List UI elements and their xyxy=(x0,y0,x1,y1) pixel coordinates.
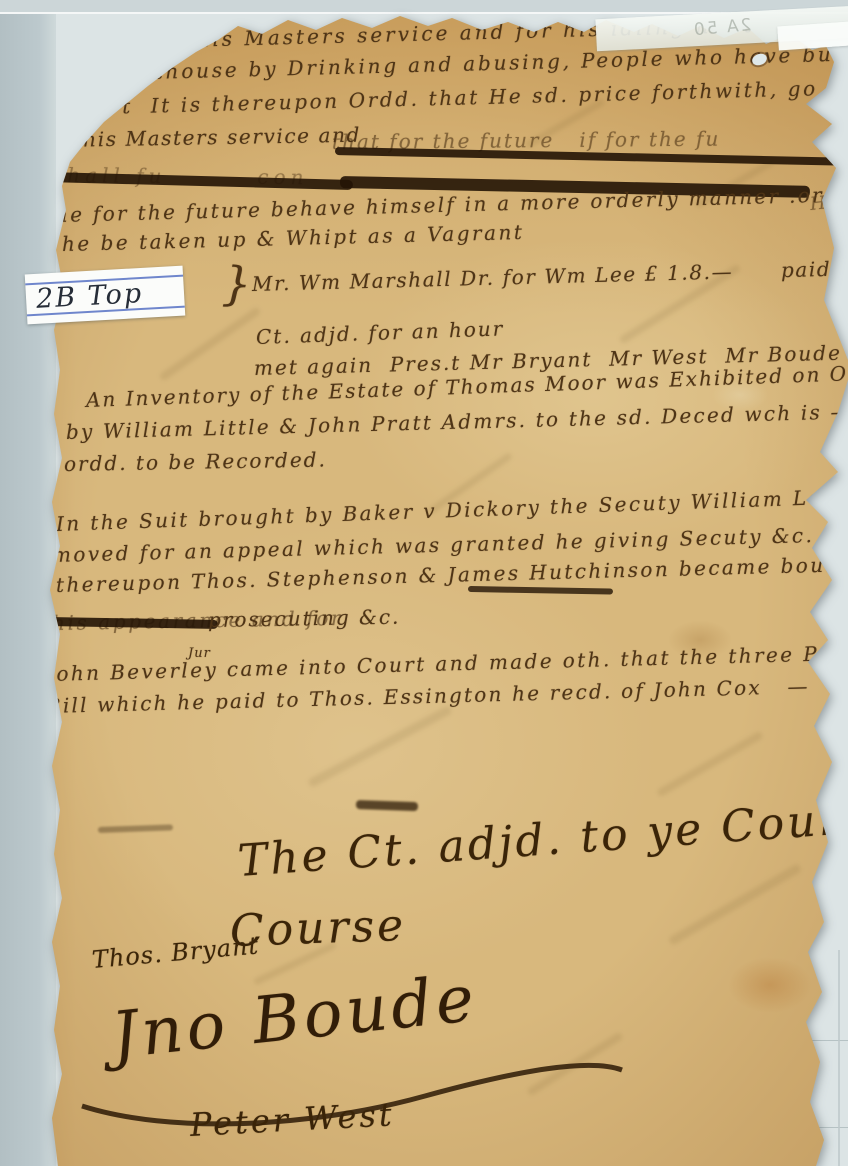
corner-tab-label: 2A 50 xyxy=(691,15,752,40)
manuscript-line: ordd. to be Recorded. xyxy=(64,447,327,476)
manuscript-line: he be taken up & Whipt as a Vagrant xyxy=(62,220,525,256)
ink-smudge xyxy=(98,824,173,833)
scan-viewer: g from his Masters service and for his i… xyxy=(0,0,848,1166)
strikethrough-mark xyxy=(468,586,613,595)
corner-tab-chip xyxy=(777,22,848,51)
signature-peter-west: Peter West xyxy=(189,1095,396,1144)
ink-smudge xyxy=(356,800,418,811)
curly-brace-mark: } xyxy=(221,256,252,311)
bleedthrough-mark xyxy=(159,306,262,381)
archival-label: 2B Top xyxy=(25,266,186,325)
manuscript-line: The Ct. adjd. to ye Court in xyxy=(236,788,848,887)
bleedthrough-mark xyxy=(307,705,452,788)
manuscript-page: g from his Masters service and for his i… xyxy=(0,0,848,1166)
manuscript-line: Mr. Wm Marshall Dr. for Wm Lee £ 1.8.— p… xyxy=(252,257,832,296)
archival-label-text: 2B Top xyxy=(35,278,144,315)
bleedthrough-mark xyxy=(526,1031,624,1096)
bleedthrough-mark xyxy=(656,731,764,798)
signature-thos-bryant: Thos. Bryant xyxy=(91,931,260,973)
manuscript-line: prosecuting &c. xyxy=(208,605,401,632)
signature-jno-boude: Jno Boude xyxy=(108,962,481,1074)
manuscript-line: to his Masters service and xyxy=(52,123,361,152)
bleedthrough-mark xyxy=(668,863,802,946)
manuscript-page-wrapper: g from his Masters service and for his i… xyxy=(0,0,848,1166)
manuscript-line: Ct. adjd. for an hour xyxy=(256,316,505,349)
